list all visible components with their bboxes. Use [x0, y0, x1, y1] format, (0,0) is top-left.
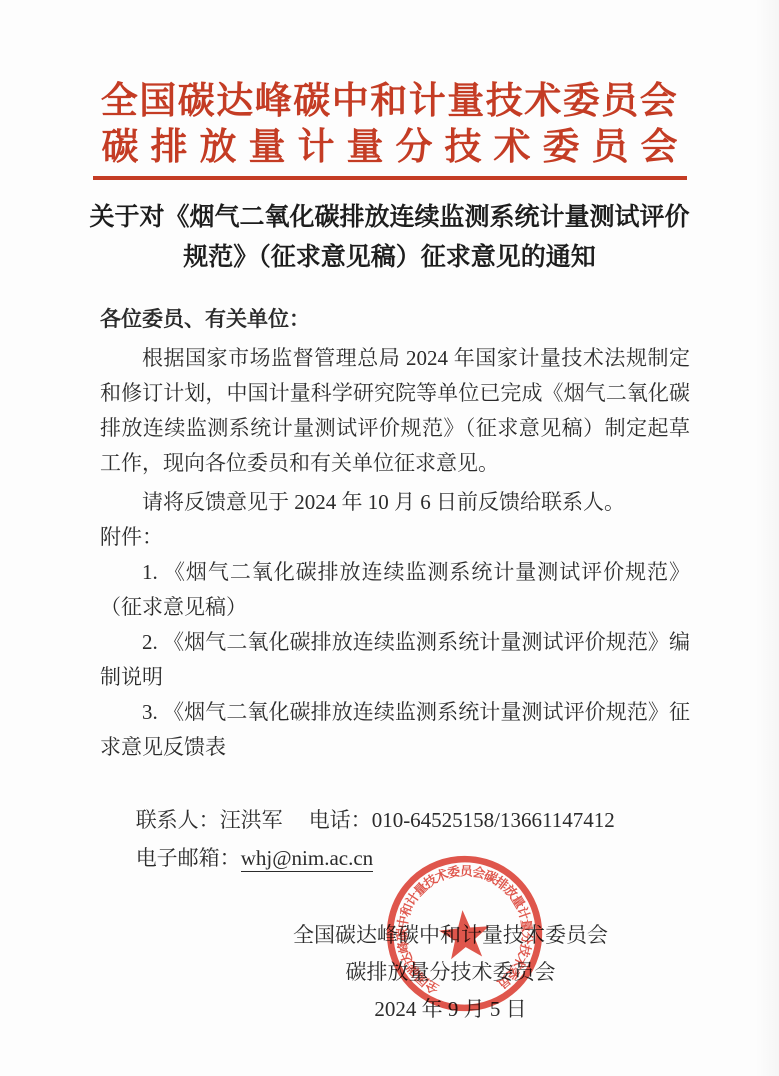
signature-block: 全国碳达峰碳中和计量技术委员会 碳排放量分技术委员会 2024 年 9 月 5 …	[293, 917, 608, 1028]
contact-person-label: 联系人：	[136, 808, 220, 832]
salutation: 各位委员、有关单位：	[100, 302, 690, 337]
contact-line-email: 电子邮箱：whj@nim.ac.cn	[100, 839, 690, 877]
contact-phone-number: 010-64525158/13661147412	[372, 808, 615, 832]
signature-date: 2024 年 9 月 5 日	[293, 991, 608, 1028]
attachment-item-3: 3. 《烟气二氧化碳排放连续监测系统计量测试评价规范》征求意见反馈表	[100, 695, 690, 765]
contact-person-name: 汪洪军	[220, 808, 283, 832]
contact-block: 联系人：汪洪军电话：010-64525158/13661147412 电子邮箱：…	[100, 801, 690, 877]
contact-email-address: whj@nim.ac.cn	[241, 846, 373, 872]
letterhead-line-1: 全国碳达峰碳中和计量技术委员会	[93, 78, 687, 124]
letterhead: 全国碳达峰碳中和计量技术委员会 碳排放量计量分技术委员会	[93, 78, 687, 180]
attachments-label: 附件：	[100, 520, 690, 555]
attachment-item-2: 2. 《烟气二氧化碳排放连续监测系统计量测试评价规范》编制说明	[100, 625, 690, 695]
signature-org-line-2: 碳排放量分技术委员会	[293, 954, 608, 991]
document-page: 全国碳达峰碳中和计量技术委员会 碳排放量计量分技术委员会 关于对《烟气二氧化碳排…	[0, 0, 779, 1076]
paragraph-1: 根据国家市场监督管理总局 2024 年国家计量技术法规制定和修订计划，中国计量科…	[100, 341, 690, 481]
signature-org-line-1: 全国碳达峰碳中和计量技术委员会	[293, 917, 608, 954]
paragraph-2: 请将反馈意见于 2024 年 10 月 6 日前反馈给联系人。	[100, 485, 690, 520]
contact-line-phone: 联系人：汪洪军电话：010-64525158/13661147412	[100, 801, 690, 839]
document-title: 关于对《烟气二氧化碳排放连续监测系统计量测试评价规范》（征求意见稿）征求意见的通…	[80, 198, 700, 278]
contact-phone-label: 电话：	[309, 808, 372, 832]
document-body: 各位委员、有关单位： 根据国家市场监督管理总局 2024 年国家计量技术法规制定…	[0, 302, 779, 1028]
letterhead-line-2: 碳排放量计量分技术委员会	[93, 124, 699, 170]
attachment-item-1: 1. 《烟气二氧化碳排放连续监测系统计量测试评价规范》（征求意见稿）	[100, 555, 690, 625]
contact-email-label: 电子邮箱：	[136, 846, 241, 870]
